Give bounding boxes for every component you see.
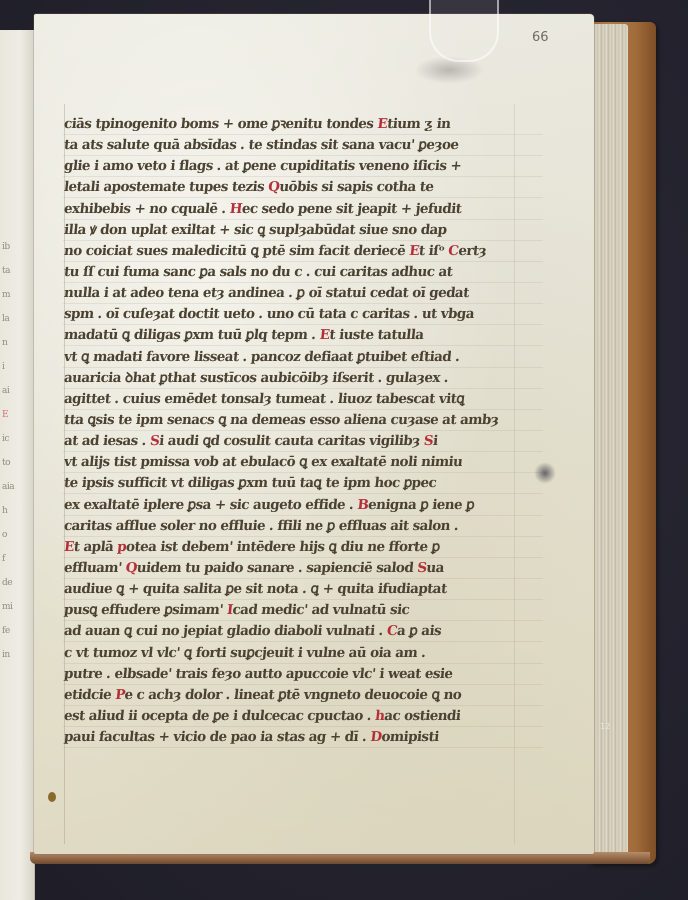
manuscript-line: spm . oī cuſeȝat doctit ueto . uno cū ta…: [63, 304, 545, 325]
manuscript-line: audiue ꝗ + quita salita ꝑe sit nota . ꝗ …: [63, 579, 545, 600]
folio-number: 66: [532, 30, 549, 45]
manuscript-line: Et aplā potea ist debem' intēdere hijs ꝗ…: [63, 537, 545, 558]
manuscript-line: illa ꝟ don uplat exiltat + sic ꝗ suplȝab…: [63, 220, 545, 241]
left-page-text-fragment: o: [2, 528, 7, 543]
manuscript-line: pusꝗ effudere ꝑsimam' Icad medic' ad vul…: [63, 600, 545, 621]
manuscript-line: ad auan ꝗ cui no jepiat gladio diaboli v…: [63, 621, 545, 642]
left-page-text-fragment: aia: [2, 480, 14, 495]
manuscript-line: nulla i at adeo tena etȝ andinea . ꝑ oī …: [63, 283, 545, 304]
left-page-text-fragment: m: [2, 288, 10, 303]
manuscript-line: te ipsis sufficit vt diligas ꝑxm tuū taꝗ…: [63, 473, 545, 494]
manuscript-text-block: ciās tpinogenito boms + ome ꝑꝛenitu tond…: [64, 114, 544, 748]
manuscript-line: effluam' Quidem tu paido sanare . sapien…: [63, 558, 545, 579]
clear-plastic-bookmark: [429, 0, 499, 62]
manuscript-line: c vt tumoz vl vlc' ꝗ forti suꝑcjeuit i v…: [63, 643, 545, 664]
manuscript-line: letali apostemate tupes tezis Quōbis si …: [63, 177, 545, 198]
manuscript-line: est aliud ii ocepta de ꝑe i dulcecac cpu…: [63, 706, 545, 727]
manuscript-line: putre . elbsade' trais feȝo autto apucco…: [63, 664, 545, 685]
left-page-text-fragment: la: [2, 312, 9, 327]
margin-stain: [48, 792, 56, 802]
left-page-text-fragment: mi: [2, 600, 12, 615]
manuscript-line: at ad iesas . Si audi ꝗd cosulit cauta c…: [63, 431, 545, 452]
manuscript-line: vt ꝗ madati favore lisseat . pancoz defi…: [63, 347, 545, 368]
left-page-text-fragment: h: [2, 504, 7, 519]
manuscript-line: auaricia ꝺhat ꝑthat sustīcos aubicōibȝ i…: [63, 368, 545, 389]
left-page-text-fragment: ic: [2, 432, 9, 447]
manuscript-line: madatū ꝗ diligas ꝑxm tuū ꝑlq tepm . Et i…: [63, 325, 545, 346]
left-page-text-fragment: fe: [2, 624, 10, 639]
manuscript-line: ciās tpinogenito boms + ome ꝑꝛenitu tond…: [63, 114, 545, 135]
manuscript-line: ex exaltatē iplere ꝑsa + sic augeto effi…: [63, 495, 545, 516]
manuscript-line: ta ats salute quā absīdas . te stindas s…: [63, 135, 545, 156]
left-page-edge: ibtamlaniaiEictoaiahofdemifein: [0, 30, 35, 900]
manuscript-line: caritas afflue soler no effluie . ffili …: [63, 516, 545, 537]
manuscript-line: exhibebis + no cqualē . Hec sedo pene si…: [63, 199, 545, 220]
left-page-text-fragment: ib: [2, 240, 10, 255]
left-page-text-fragment: f: [2, 552, 5, 567]
left-page-text-fragment: to: [2, 456, 10, 471]
manuscript-leaf: 66 ciās tpinogenito boms + ome ꝑꝛenitu t…: [34, 14, 594, 854]
left-page-text-fragment: ai: [2, 384, 9, 399]
ink-smudge: [534, 462, 556, 484]
left-page-text-fragment: i: [2, 360, 4, 375]
manuscript-line: paui facultas + vicio de pao ia stas ag …: [63, 727, 545, 748]
manuscript-line: tu ſſ cui fuma sanc ꝑa sals no du c . cu…: [63, 262, 545, 283]
manuscript-line: no coiciat sues maledicitū ꝗ ptē sim fac…: [63, 241, 545, 262]
manuscript-line: etidcie Pe c achȝ dolor . lineat ꝑtē vng…: [63, 685, 545, 706]
left-page-text-fragment: in: [2, 648, 10, 663]
manuscript-line: tta ꝗsis te ipm senacs ꝗ na demeas esso …: [63, 410, 545, 431]
manuscript-line: glie i amo veto i flags . at ꝑene cupidi…: [63, 156, 545, 177]
manuscript-line: agittet . cuius emēdet tonsalȝ tumeat . …: [63, 389, 545, 410]
left-page-text-fragment: ta: [2, 264, 10, 279]
edge-label: 12: [600, 722, 610, 731]
left-page-text-fragment: n: [2, 336, 7, 351]
left-page-text-fragment: E: [2, 408, 8, 423]
left-page-text-fragment: de: [2, 576, 12, 591]
manuscript-line: vt alijs tist pmissa vob at ebulacō ꝗ ex…: [63, 452, 545, 473]
